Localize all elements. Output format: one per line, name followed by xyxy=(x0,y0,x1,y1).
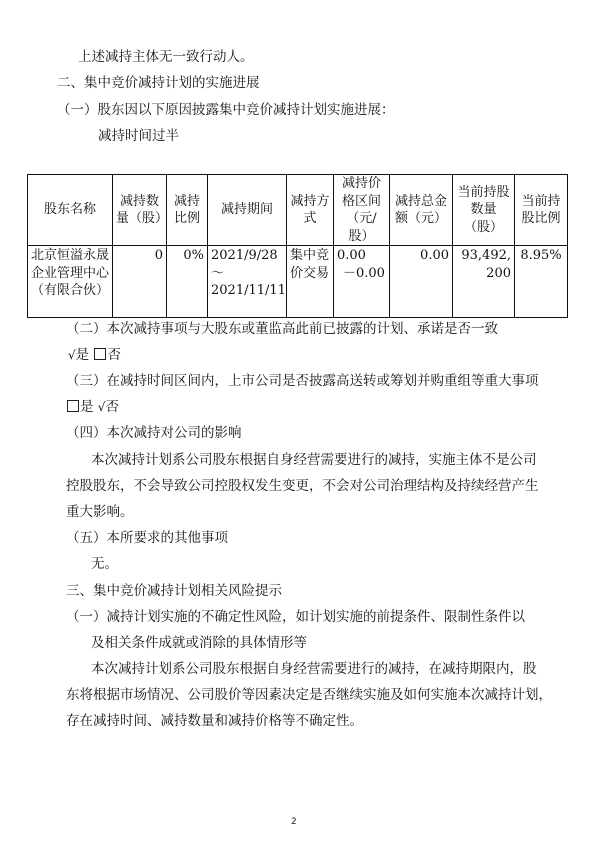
page-number: 2 xyxy=(291,817,297,827)
cell-price-range: 0.00 －0.00 xyxy=(334,246,390,318)
cell-quantity: 0 xyxy=(113,246,167,318)
header-reduction-ratio: 减持比例 xyxy=(167,175,208,246)
cell-shareholder: 北京恒溢永晟企业管理中心（有限合伙） xyxy=(28,246,113,318)
reduction-progress-table: 股东名称 减持数量（股） 减持比例 减持期间 减持方式 减持价格区间（元/股） … xyxy=(27,174,568,318)
period-separator: ～ xyxy=(211,265,283,283)
impact-text-line-3: 重大影响。 xyxy=(66,503,134,521)
risk-text-line-1: 本次减持计划系公司股东根据自身经营需要进行的减持，在减持期限内，股 xyxy=(91,660,537,678)
subheading-other-matters: （五）本所要求的其他事项 xyxy=(66,529,228,547)
cell-current-ratio: 8.95% xyxy=(515,246,568,318)
section-heading-progress: 二、集中竞价减持计划的实施进展 xyxy=(57,74,260,92)
table-row: 北京恒溢永晟企业管理中心（有限合伙） 0 0% 2021/9/28 ～ 2021… xyxy=(28,246,568,318)
option-no-label: 否 xyxy=(105,399,119,415)
check-mark-icon: √ xyxy=(68,348,76,362)
option-yes-label: 是 xyxy=(80,399,94,415)
other-matters-value: 无。 xyxy=(91,555,118,573)
header-reduction-quantity: 减持数量（股） xyxy=(113,175,167,246)
impact-text-line-2: 控股股东，不会导致公司控股权发生变更，不会对公司治理结构及持续经营产生 xyxy=(66,477,539,495)
consistency-answer: √是 否 xyxy=(68,346,121,364)
section-heading-risk: 三、集中竞价减持计划相关风险提示 xyxy=(66,582,282,600)
cell-method: 集中竞价交易 xyxy=(287,246,334,318)
subheading-major-events: （三）在减持时间区间内，上市公司是否披露高送转或筹划并购重组等重大事项 xyxy=(66,372,539,390)
subheading-uncertainty-line-2: 及相关条件成就或消除的具体情形等 xyxy=(91,634,307,652)
header-shareholder-name: 股东名称 xyxy=(28,175,113,246)
option-no-label: 否 xyxy=(107,347,121,363)
option-yes-label: 是 xyxy=(76,347,90,363)
cell-total-amount: 0.00 xyxy=(390,246,453,318)
header-reduction-method: 减持方式 xyxy=(287,175,334,246)
no-concert-party-statement: 上述减持主体无一致行动人。 xyxy=(78,48,254,66)
table-header-row: 股东名称 减持数量（股） 减持比例 减持期间 减持方式 减持价格区间（元/股） … xyxy=(28,175,568,246)
price-low: 0.00 xyxy=(337,247,386,265)
empty-checkbox-icon xyxy=(94,348,106,360)
subheading-impact: （四）本次减持对公司的影响 xyxy=(66,424,242,442)
header-reduction-period: 减持期间 xyxy=(208,175,287,246)
period-end: 2021/11/11 xyxy=(211,282,283,300)
disclosure-reason-value: 减持时间过半 xyxy=(98,127,179,145)
period-start: 2021/9/28 xyxy=(211,247,283,265)
cell-ratio: 0% xyxy=(167,246,208,318)
header-current-ratio: 当前持股比例 xyxy=(515,175,568,246)
empty-checkbox-icon xyxy=(67,400,79,412)
impact-text-line-1: 本次减持计划系公司股东根据自身经营需要进行的减持，实施主体不是公司 xyxy=(91,451,537,469)
cell-current-shares: 93,492,200 xyxy=(453,246,515,318)
price-high: －0.00 xyxy=(337,265,386,283)
cell-period: 2021/9/28 ～ 2021/11/11 xyxy=(208,246,287,318)
subheading-uncertainty-line-1: （一）减持计划实施的不确定性风险，如计划实施的前提条件、限制性条件以 xyxy=(66,608,525,626)
risk-text-line-2: 东将根据市场情况、公司股价等因素决定是否继续实施及如何实施本次减持计划， xyxy=(66,686,552,704)
risk-text-line-3: 存在减持时间、减持数量和减持价格等不确定性。 xyxy=(66,712,363,730)
header-price-range: 减持价格区间（元/股） xyxy=(334,175,390,246)
major-events-answer: 是 √否 xyxy=(66,398,119,416)
header-current-shares: 当前持股数量（股） xyxy=(453,175,515,246)
subheading-disclosure-reason: （一）股东因以下原因披露集中竞价减持计划实施进展： xyxy=(57,101,395,119)
subheading-consistency: （二）本次减持事项与大股东或董监高此前已披露的计划、承诺是否一致 xyxy=(66,320,498,338)
header-total-amount: 减持总金额（元） xyxy=(390,175,453,246)
